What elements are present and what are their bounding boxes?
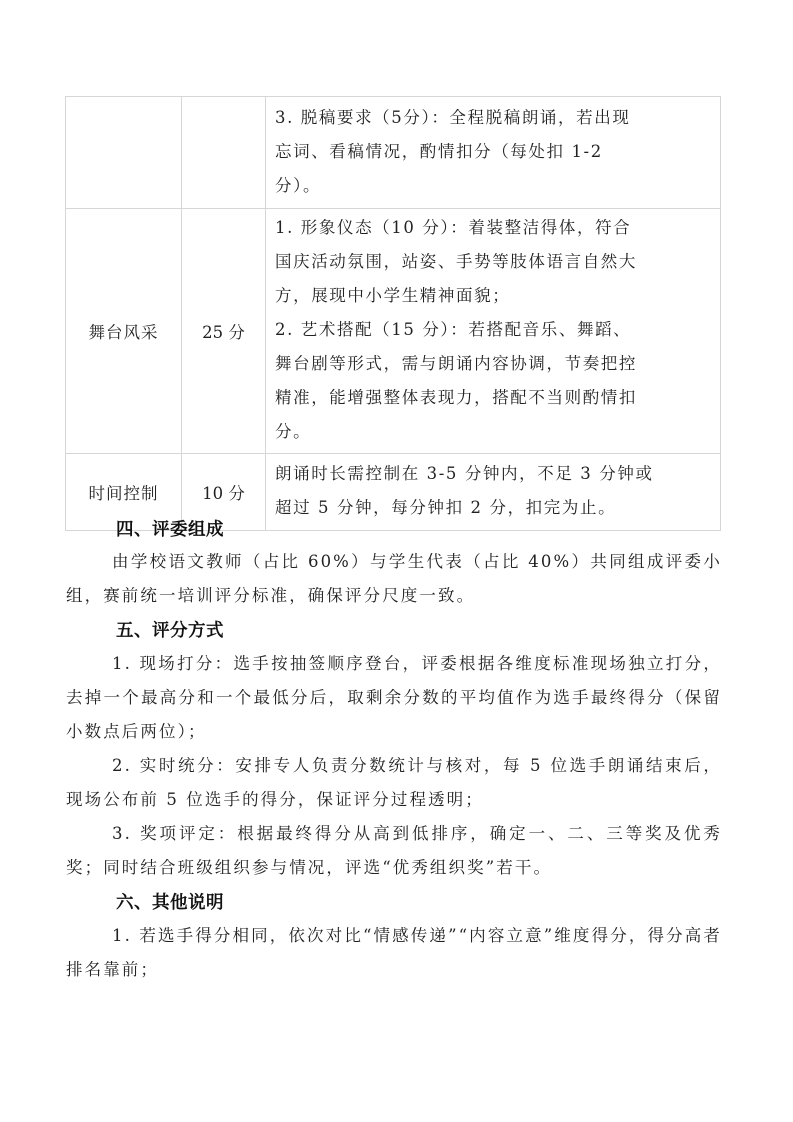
criteria-line: 朗诵时长需控制在 3-5 分钟内，不足 3 分钟或 xyxy=(275,457,712,491)
criteria-line: 分。 xyxy=(275,415,712,449)
criteria-line: 方，展现中小学生精神面貌； xyxy=(275,279,712,313)
criteria-line: 精准，能增强整体表现力，搭配不当则酌情扣 xyxy=(275,381,712,415)
criteria-line: 忘词、看稿情况，酌情扣分（每处扣 1-2 xyxy=(275,135,712,169)
criteria-cell: 朗诵时长需控制在 3-5 分钟内，不足 3 分钟或 超过 5 分钟，每分钟扣 2… xyxy=(266,454,721,531)
other-item: 1. 若选手得分相同，依次对比“情感传递”“内容立意”维度得分，得分高者排名靠前… xyxy=(66,919,722,987)
scoring-item: 3. 奖项评定：根据最终得分从高到低排序，确定一、二、三等奖及优秀奖；同时结合班… xyxy=(66,817,722,885)
criteria-cell: 1. 形象仪态（10 分）：着装整洁得体，符合 国庆活动氛围，站姿、手势等肢体语… xyxy=(266,209,721,454)
criteria-line: 分）。 xyxy=(275,169,712,203)
table-row: 3. 脱稿要求（5分）：全程脱稿朗诵，若出现 忘词、看稿情况，酌情扣分（每处扣 … xyxy=(66,97,721,209)
section-heading-scoring: 五、评分方式 xyxy=(116,617,224,642)
criteria-line: 超过 5 分钟，每分钟扣 2 分，扣完为止。 xyxy=(275,491,712,525)
judges-paragraph: 由学校语文教师（占比 60%）与学生代表（占比 40%）共同组成评委小组，赛前统… xyxy=(66,545,722,613)
scoring-item: 1. 现场打分：选手按抽签顺序登台，评委根据各维度标准现场独立打分，去掉一个最高… xyxy=(66,647,722,749)
scoring-item: 2. 实时统分：安排专人负责分数统计与核对，每 5 位选手朗诵结束后，现场公布前… xyxy=(66,749,722,817)
criteria-line: 2. 艺术搭配（15 分）：若搭配音乐、舞蹈、 xyxy=(275,313,712,347)
section-heading-other: 六、其他说明 xyxy=(116,889,224,914)
score-cell xyxy=(182,97,266,209)
dimension-cell xyxy=(66,97,182,209)
criteria-line: 3. 脱稿要求（5分）：全程脱稿朗诵，若出现 xyxy=(275,101,712,135)
scoring-rubric-table: 3. 脱稿要求（5分）：全程脱稿朗诵，若出现 忘词、看稿情况，酌情扣分（每处扣 … xyxy=(65,96,721,531)
criteria-line: 1. 形象仪态（10 分）：着装整洁得体，符合 xyxy=(275,211,712,245)
dimension-cell: 舞台风采 xyxy=(66,209,182,454)
criteria-line: 舞台剧等形式，需与朗诵内容协调，节奏把控 xyxy=(275,347,712,381)
document-page: 3. 脱稿要求（5分）：全程脱稿朗诵，若出现 忘词、看稿情况，酌情扣分（每处扣 … xyxy=(0,0,793,1122)
table-row: 舞台风采 25 分 1. 形象仪态（10 分）：着装整洁得体，符合 国庆活动氛围… xyxy=(66,209,721,454)
score-cell: 25 分 xyxy=(182,209,266,454)
section-heading-judges: 四、评委组成 xyxy=(116,516,224,541)
criteria-cell: 3. 脱稿要求（5分）：全程脱稿朗诵，若出现 忘词、看稿情况，酌情扣分（每处扣 … xyxy=(266,97,721,209)
criteria-line: 国庆活动氛围，站姿、手势等肢体语言自然大 xyxy=(275,245,712,279)
